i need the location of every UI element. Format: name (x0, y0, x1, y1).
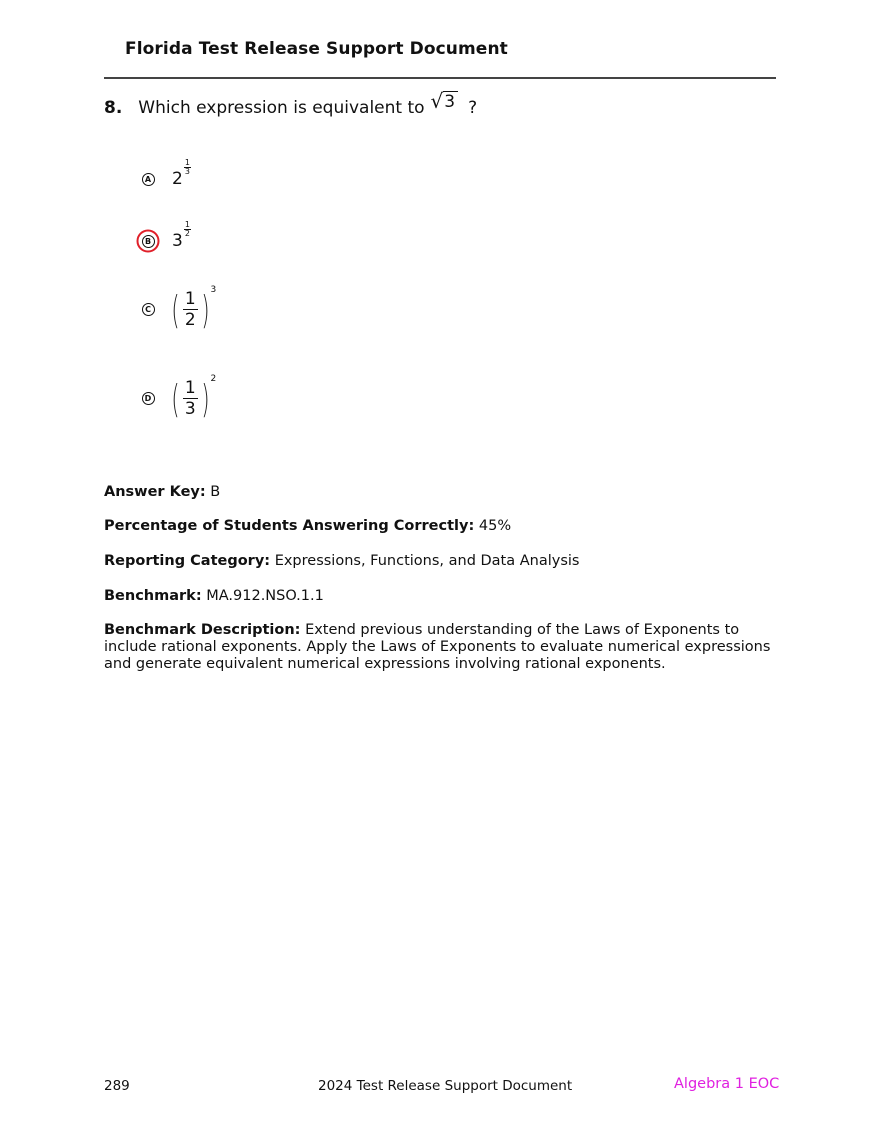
left-paren-icon: ( (171, 379, 179, 419)
answer-key-label: Answer Key: (104, 484, 206, 500)
question-text: Which expression is equivalent to (138, 98, 424, 118)
percentage-value: 45% (479, 518, 511, 534)
choice-b-bubble[interactable]: B (140, 235, 156, 248)
page-number: 289 (104, 1078, 130, 1094)
exponent-denominator: 2 (185, 230, 190, 238)
footer-document-name: 2024 Test Release Support Document (318, 1078, 572, 1094)
fraction: 1 2 (183, 289, 198, 330)
parenthesized-fraction: ( 1 3 ) 2 (168, 378, 216, 419)
choice-b[interactable]: B 3 1 2 (140, 231, 191, 251)
letter-b-icon: B (142, 235, 155, 248)
right-paren-icon: ) (201, 379, 209, 419)
header-divider (104, 77, 776, 79)
letter-a-icon: A (142, 173, 155, 186)
choice-d-expression: ( 1 3 ) 2 (168, 378, 216, 419)
question-stem: 8. Which expression is equivalent to √ 3… (104, 96, 477, 118)
reporting-category-label: Reporting Category: (104, 553, 270, 569)
exponent: 2 (210, 374, 216, 384)
numerator: 1 (183, 289, 198, 310)
right-paren-icon: ) (201, 290, 209, 330)
reporting-category: Reporting Category: Expressions, Functio… (104, 553, 774, 570)
footer-course-name: Algebra 1 EOC (674, 1076, 779, 1092)
denominator: 3 (185, 399, 196, 419)
choice-d-bubble[interactable]: D (140, 392, 156, 405)
choice-a-bubble[interactable]: A (140, 173, 156, 186)
choice-d[interactable]: D ( 1 3 ) 2 (140, 378, 216, 419)
benchmark-description-label: Benchmark Description: (104, 622, 300, 638)
percentage-correct: Percentage of Students Answering Correct… (104, 518, 774, 535)
choice-c-bubble[interactable]: C (140, 303, 156, 316)
radical-icon: √ (431, 90, 444, 112)
exponent-denominator: 3 (185, 168, 190, 176)
choice-c-expression: ( 1 2 ) 3 (168, 289, 216, 330)
choice-a[interactable]: A 2 1 3 (140, 169, 191, 189)
fraction: 1 3 (183, 378, 198, 419)
exponent: 3 (210, 285, 216, 295)
exponent-fraction: 1 3 (184, 159, 191, 176)
denominator: 2 (185, 310, 196, 330)
benchmark-label: Benchmark: (104, 588, 202, 604)
document-title: Florida Test Release Support Document (125, 39, 508, 59)
question-number: 8. (104, 98, 122, 118)
choice-a-expression: 2 1 3 (172, 169, 191, 189)
base: 3 (172, 231, 183, 251)
square-root-expression: √ 3 (431, 90, 459, 112)
benchmark: Benchmark: MA.912.NSO.1.1 (104, 588, 774, 605)
parenthesized-fraction: ( 1 2 ) 3 (168, 289, 216, 330)
reporting-category-value: Expressions, Functions, and Data Analysi… (275, 553, 580, 569)
percentage-label: Percentage of Students Answering Correct… (104, 518, 474, 534)
choice-c[interactable]: C ( 1 2 ) 3 (140, 289, 216, 330)
answer-key-value: B (210, 484, 220, 500)
left-paren-icon: ( (171, 290, 179, 330)
choice-b-expression: 3 1 2 (172, 231, 191, 251)
radicand: 3 (443, 91, 458, 112)
numerator: 1 (183, 378, 198, 399)
letter-c-icon: C (142, 303, 155, 316)
exponent-fraction: 1 2 (184, 221, 191, 238)
benchmark-value: MA.912.NSO.1.1 (206, 588, 324, 604)
benchmark-description: Benchmark Description: Extend previous u… (104, 622, 774, 673)
answer-key: Answer Key: B (104, 484, 774, 501)
question-mark: ? (468, 98, 477, 118)
letter-d-icon: D (142, 392, 155, 405)
base: 2 (172, 169, 183, 189)
